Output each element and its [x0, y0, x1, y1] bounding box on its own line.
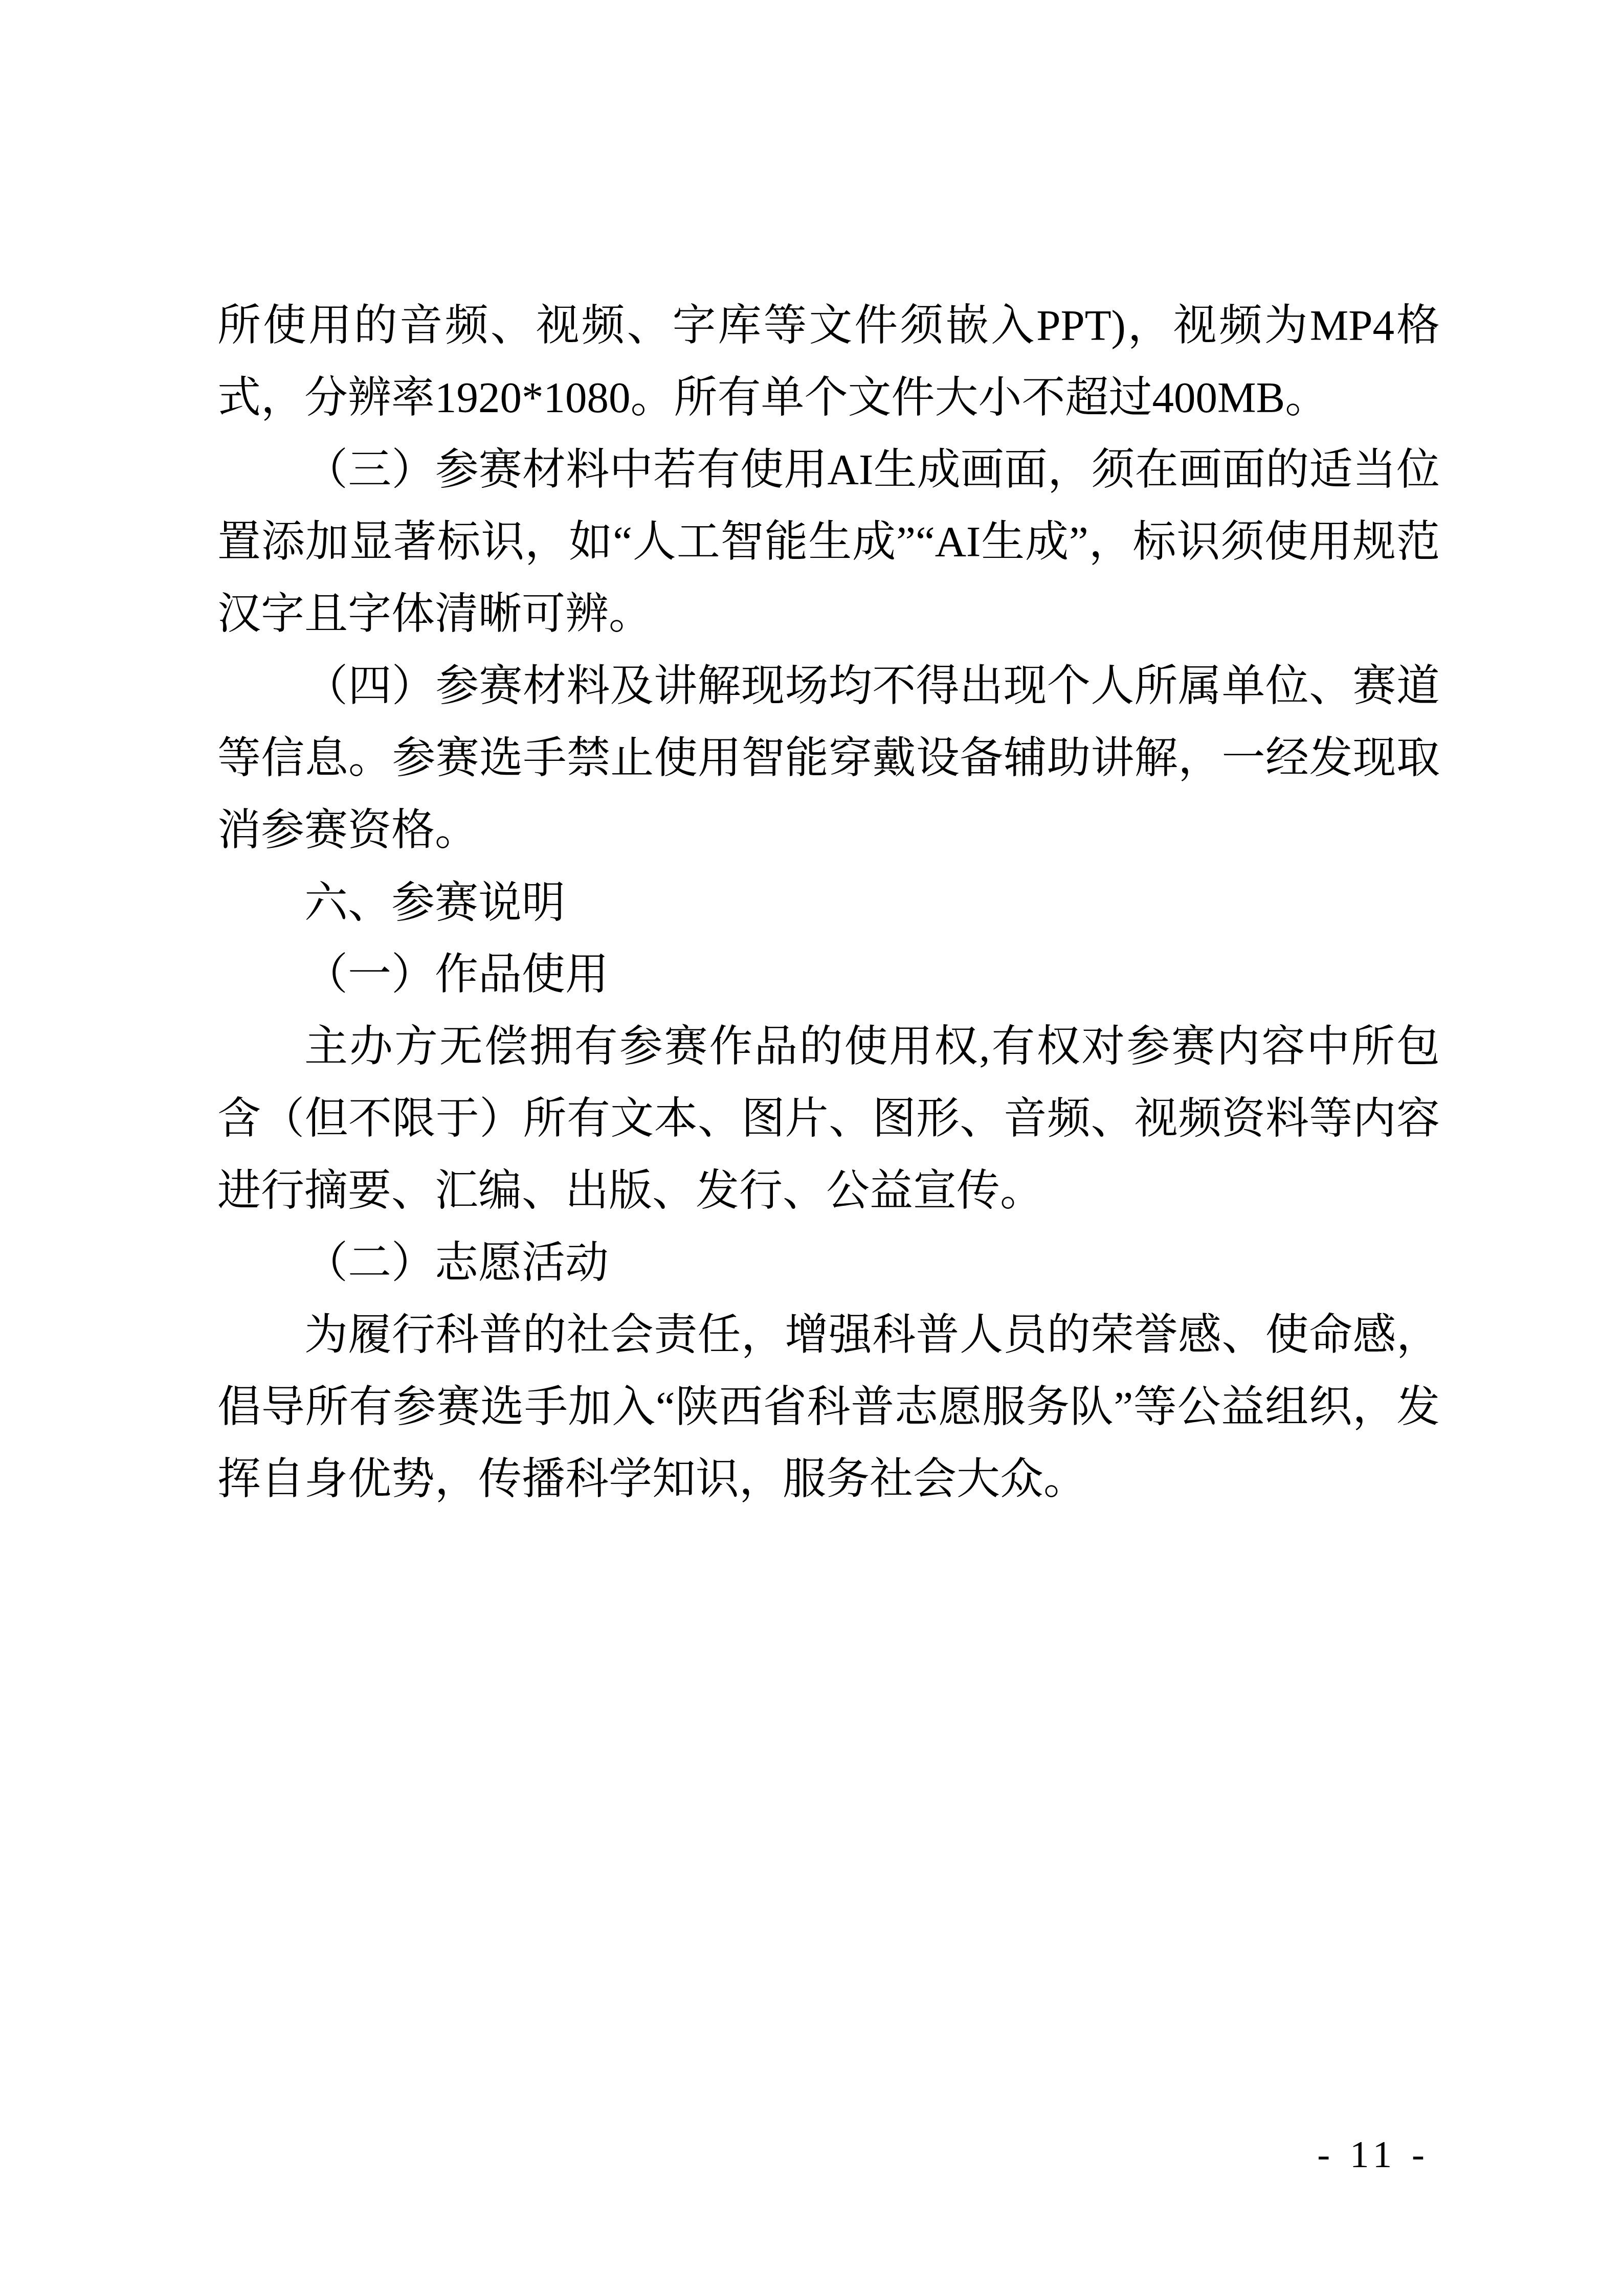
subheading-volunteer-activity: （二）志愿活动 [217, 1227, 1440, 1299]
paragraph-anonymity-rule: （四）参赛材料及讲解现场均不得出现个人所属单位、赛道等信息。参赛选手禁止使用智能… [217, 650, 1440, 867]
paragraph-file-format-rules: 所使用的音频、视频、字库等文件须嵌入PPT)，视频为MP4格式，分辨率1920*… [217, 290, 1440, 434]
document-page: 所使用的音频、视频、字库等文件须嵌入PPT)，视频为MP4格式，分辨率1920*… [0, 0, 1624, 2296]
section-heading-entry-notes: 六、参赛说明 [217, 867, 1440, 939]
paragraph-work-usage: 主办方无偿拥有参赛作品的使用权,有权对参赛内容中所包含（但不限于）所有文本、图片… [217, 1011, 1440, 1227]
page-number: - 11 - [1317, 2135, 1430, 2174]
subheading-work-usage: （一）作品使用 [217, 939, 1440, 1011]
paragraph-ai-watermark-rule: （三）参赛材料中若有使用AI生成画面，须在画面的适当位置添加显著标识，如“人工智… [217, 434, 1440, 650]
document-body: 所使用的音频、视频、字库等文件须嵌入PPT)，视频为MP4格式，分辨率1920*… [217, 290, 1440, 1516]
paragraph-volunteer-activity: 为履行科普的社会责任，增强科普人员的荣誉感、使命感，倡导所有参赛选手加入“陕西省… [217, 1299, 1440, 1516]
